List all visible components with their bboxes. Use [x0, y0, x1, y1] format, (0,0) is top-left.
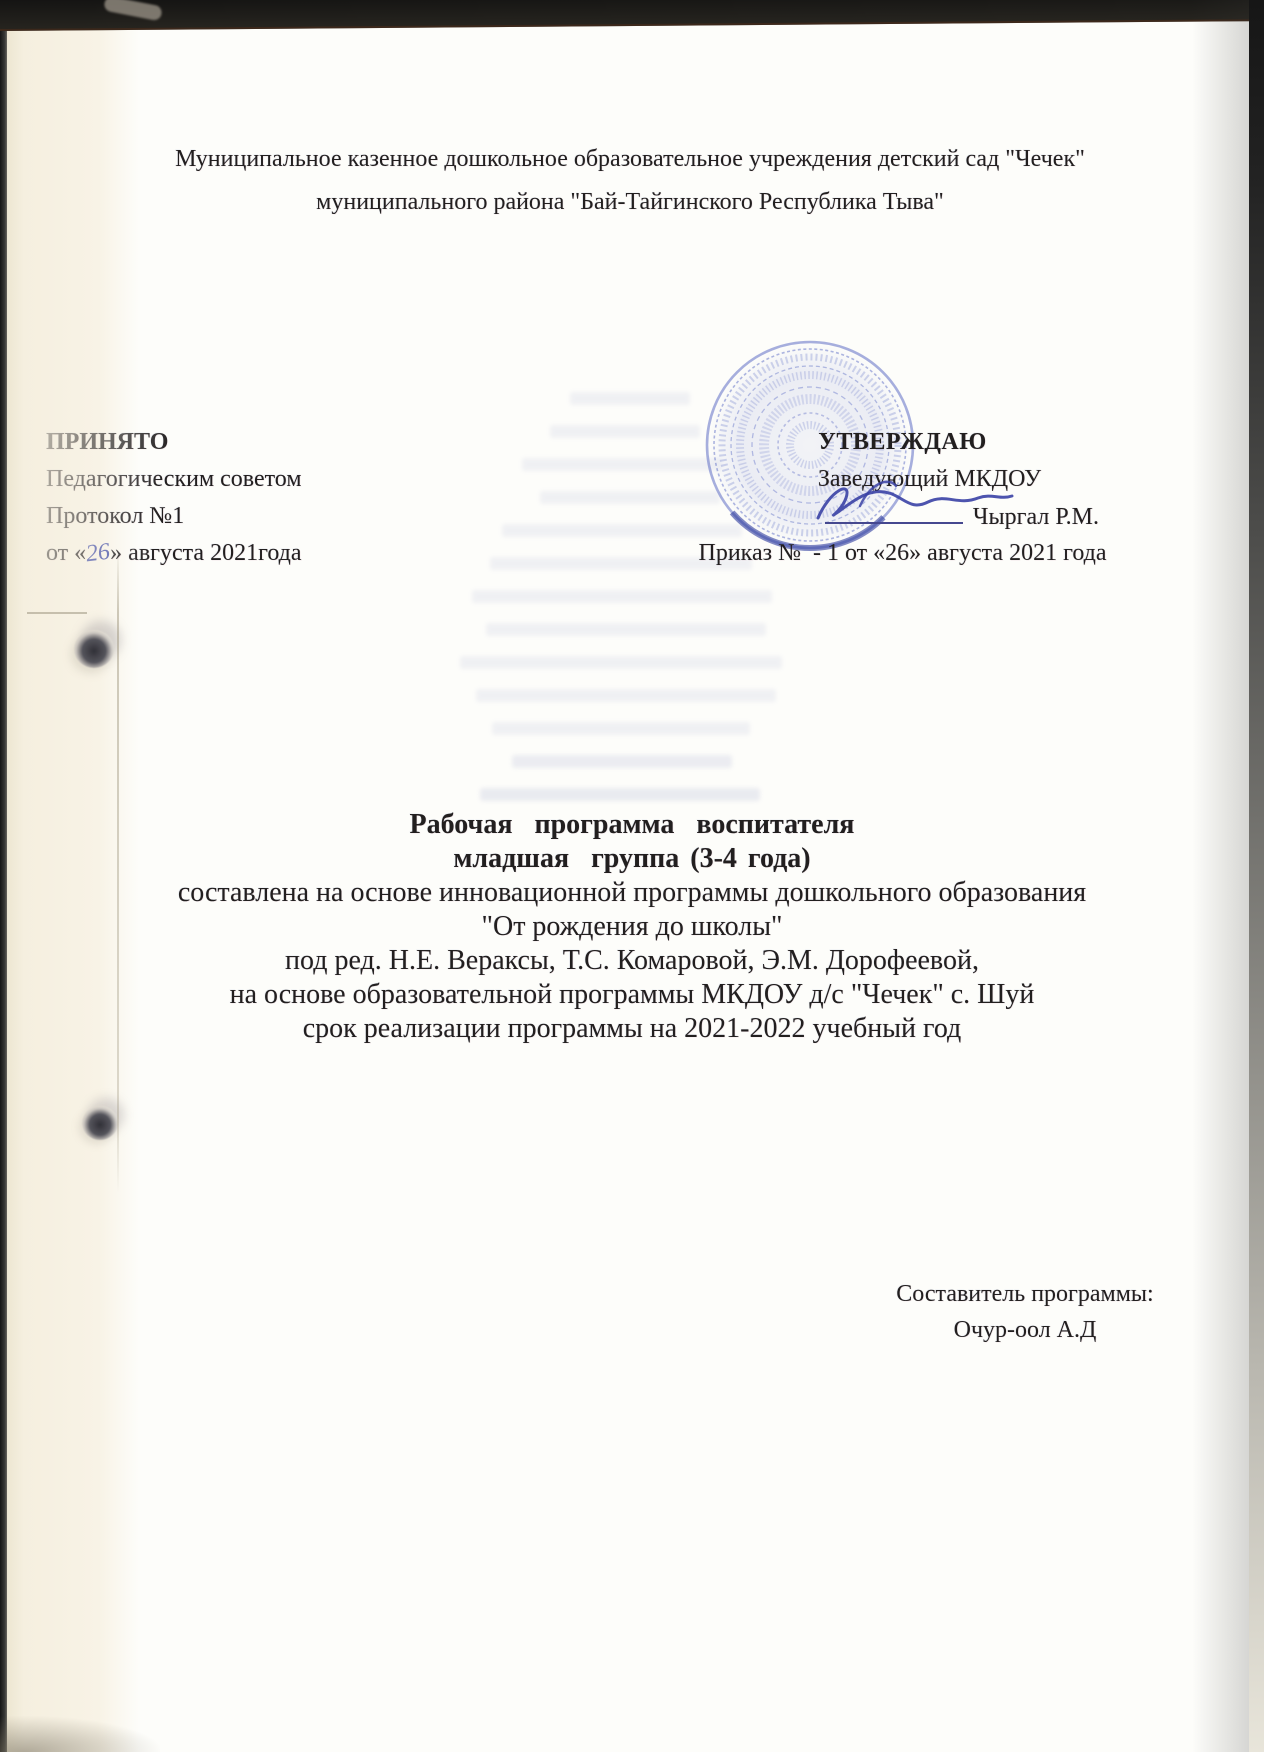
accepted-block: ПРИНЯТО Педагогическим советом Протокол …	[46, 424, 302, 572]
institution-name-line2: муниципального района "Бай-Тайгинского Р…	[60, 181, 1200, 224]
approved-title: УТВЕРЖДАЮ	[650, 424, 1155, 461]
handwritten-date: 26	[84, 534, 112, 574]
program-title-line2: младшая группа (3-4 года)	[62, 842, 1202, 876]
program-title-line1: Рабочая программа воспитателя	[62, 808, 1202, 842]
accepted-title: ПРИНЯТО	[46, 424, 302, 461]
accepted-council: Педагогическим советом	[46, 461, 302, 498]
accepted-date: от «26» августа 2021года	[46, 535, 302, 572]
scanner-edge-right	[1249, 0, 1264, 1752]
composer-block: Составитель программы: Очур-оол А.Д	[875, 1276, 1175, 1348]
scanner-edge-top	[0, 0, 1264, 31]
accepted-protocol: Протокол №1	[46, 498, 302, 535]
accepted-date-prefix: от «	[46, 540, 86, 566]
program-basis-line2: "От рождения до школы"	[62, 910, 1202, 944]
program-basis-line1: составлена на основе инновационной прогр…	[62, 876, 1202, 910]
program-title-block: Рабочая программа воспитателя младшая гр…	[62, 808, 1202, 1046]
scan-smudge-bottom-left	[0, 1716, 160, 1752]
program-basis-line3: на основе образовательной программы МКДО…	[62, 978, 1202, 1012]
signature-icon	[800, 466, 1030, 536]
institution-name-line1: Муниципальное казенное дошкольное образо…	[60, 138, 1200, 181]
scanner-edge-left	[0, 0, 7, 1752]
accepted-date-suffix: » августа 2021года	[110, 540, 301, 566]
program-editors: под ред. Н.Е. Вераксы, Т.С. Комаровой, Э…	[62, 944, 1202, 978]
binding-hole-top	[74, 630, 114, 668]
composer-name: Очур-оол А.Д	[875, 1312, 1175, 1348]
program-period: срок реализации программы на 2021-2022 у…	[62, 1012, 1202, 1046]
signature-row: Чыргал Р.М.	[650, 498, 1155, 535]
order-number-line: Приказ № - 1 от «26» августа 2021 года	[650, 535, 1155, 572]
page-crease-horizontal	[27, 612, 87, 614]
approved-block: УТВЕРЖДАЮ Заведующий МКДОУ Чыргал Р.М. П…	[650, 424, 1155, 572]
composer-label: Составитель программы:	[875, 1276, 1175, 1312]
document-scan: { "header": { "line1": "Муниципальное ка…	[0, 0, 1264, 1752]
binding-hole-bottom	[82, 1106, 118, 1140]
institution-header: Муниципальное казенное дошкольное образо…	[60, 138, 1200, 224]
